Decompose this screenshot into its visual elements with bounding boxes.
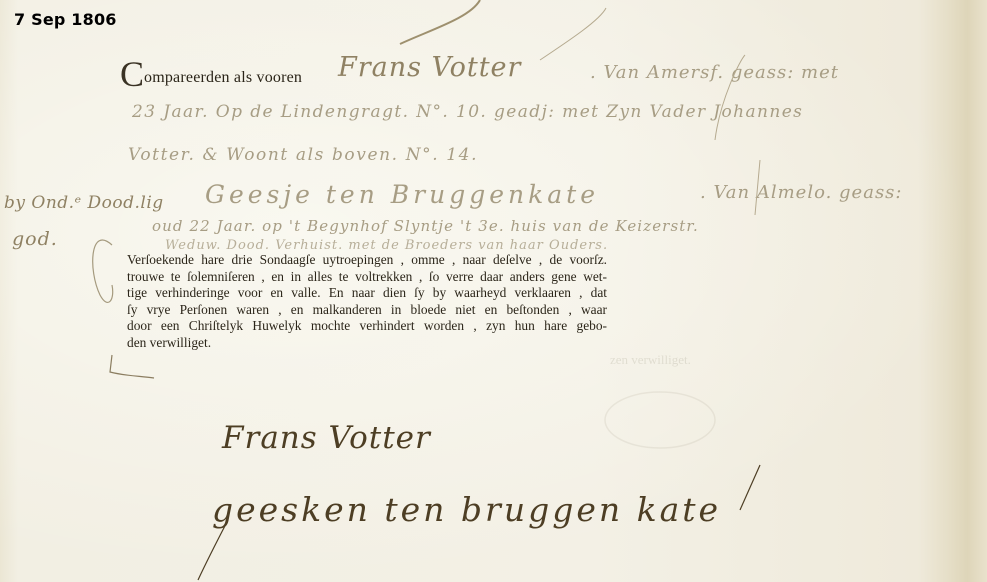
reverse-bleedthrough: zen verwilliget. [610,352,691,368]
top-flourish-stroke [400,0,480,44]
groom-name: Frans Votter [338,52,521,83]
paragraph-line: den verwilliget. [127,335,607,352]
groom-line-1-rest: . Van Amersf. geass: met [590,62,839,83]
date-label: 7 Sep 1806 [14,10,117,29]
signature-ascender-stroke [740,465,760,510]
bride-line-1-rest: . Van Almelo. geass: [700,182,902,203]
bride-line-3: Weduw. Dood. Verhuist. met de Broeders v… [165,238,608,253]
paragraph-line: ſy vrye Perſonen waren , en malkanderen … [127,302,607,319]
signature-descender-stroke [198,520,228,580]
bride-signature: geesken ten bruggen kate [212,490,721,529]
paragraph-line: Verſoekende hare drie Sondaagſe uytroepi… [127,252,607,269]
top-ascender-stroke [540,8,606,60]
printed-heading: Compareerden als vooren [120,56,302,92]
margin-note-line-1: by Ond.ᵉ Dood.lig [4,193,164,213]
register-page: zen verwilliget. 7 Sep 1806 Compareerden… [0,0,987,582]
groom-signature: Frans Votter [222,420,431,456]
groom-line-2: 23 Jaar. Op de Lindengragt. N°. 10. gead… [132,102,803,122]
printed-paragraph: Verſoekende hare drie Sondaagſe uytroepi… [127,252,607,352]
bride-name: Geesje ten Bruggenkate [205,180,599,209]
heading-dropcap: C [120,54,144,94]
heading-text: ompareerden als vooren [144,69,302,86]
groom-line-3: Votter. & Woont als boven. N°. 14. [128,145,478,165]
margin-note-line-2: god. [12,228,58,250]
bride-line-2: oud 22 Jaar. op 't Begynhof Slyntje 't 3… [152,217,699,235]
bleedthrough-loop [605,392,715,448]
paragraph-bracket-stroke [110,355,154,378]
margin-loop-stroke [93,240,113,302]
paragraph-line: tige verhinderinge voor en valle. En naa… [127,285,607,302]
paragraph-line: door een Chriſtelyk Huwelyk mochte verhi… [127,318,607,335]
paragraph-line: trouwe te ſolemniſeren , en in alles te … [127,269,607,286]
